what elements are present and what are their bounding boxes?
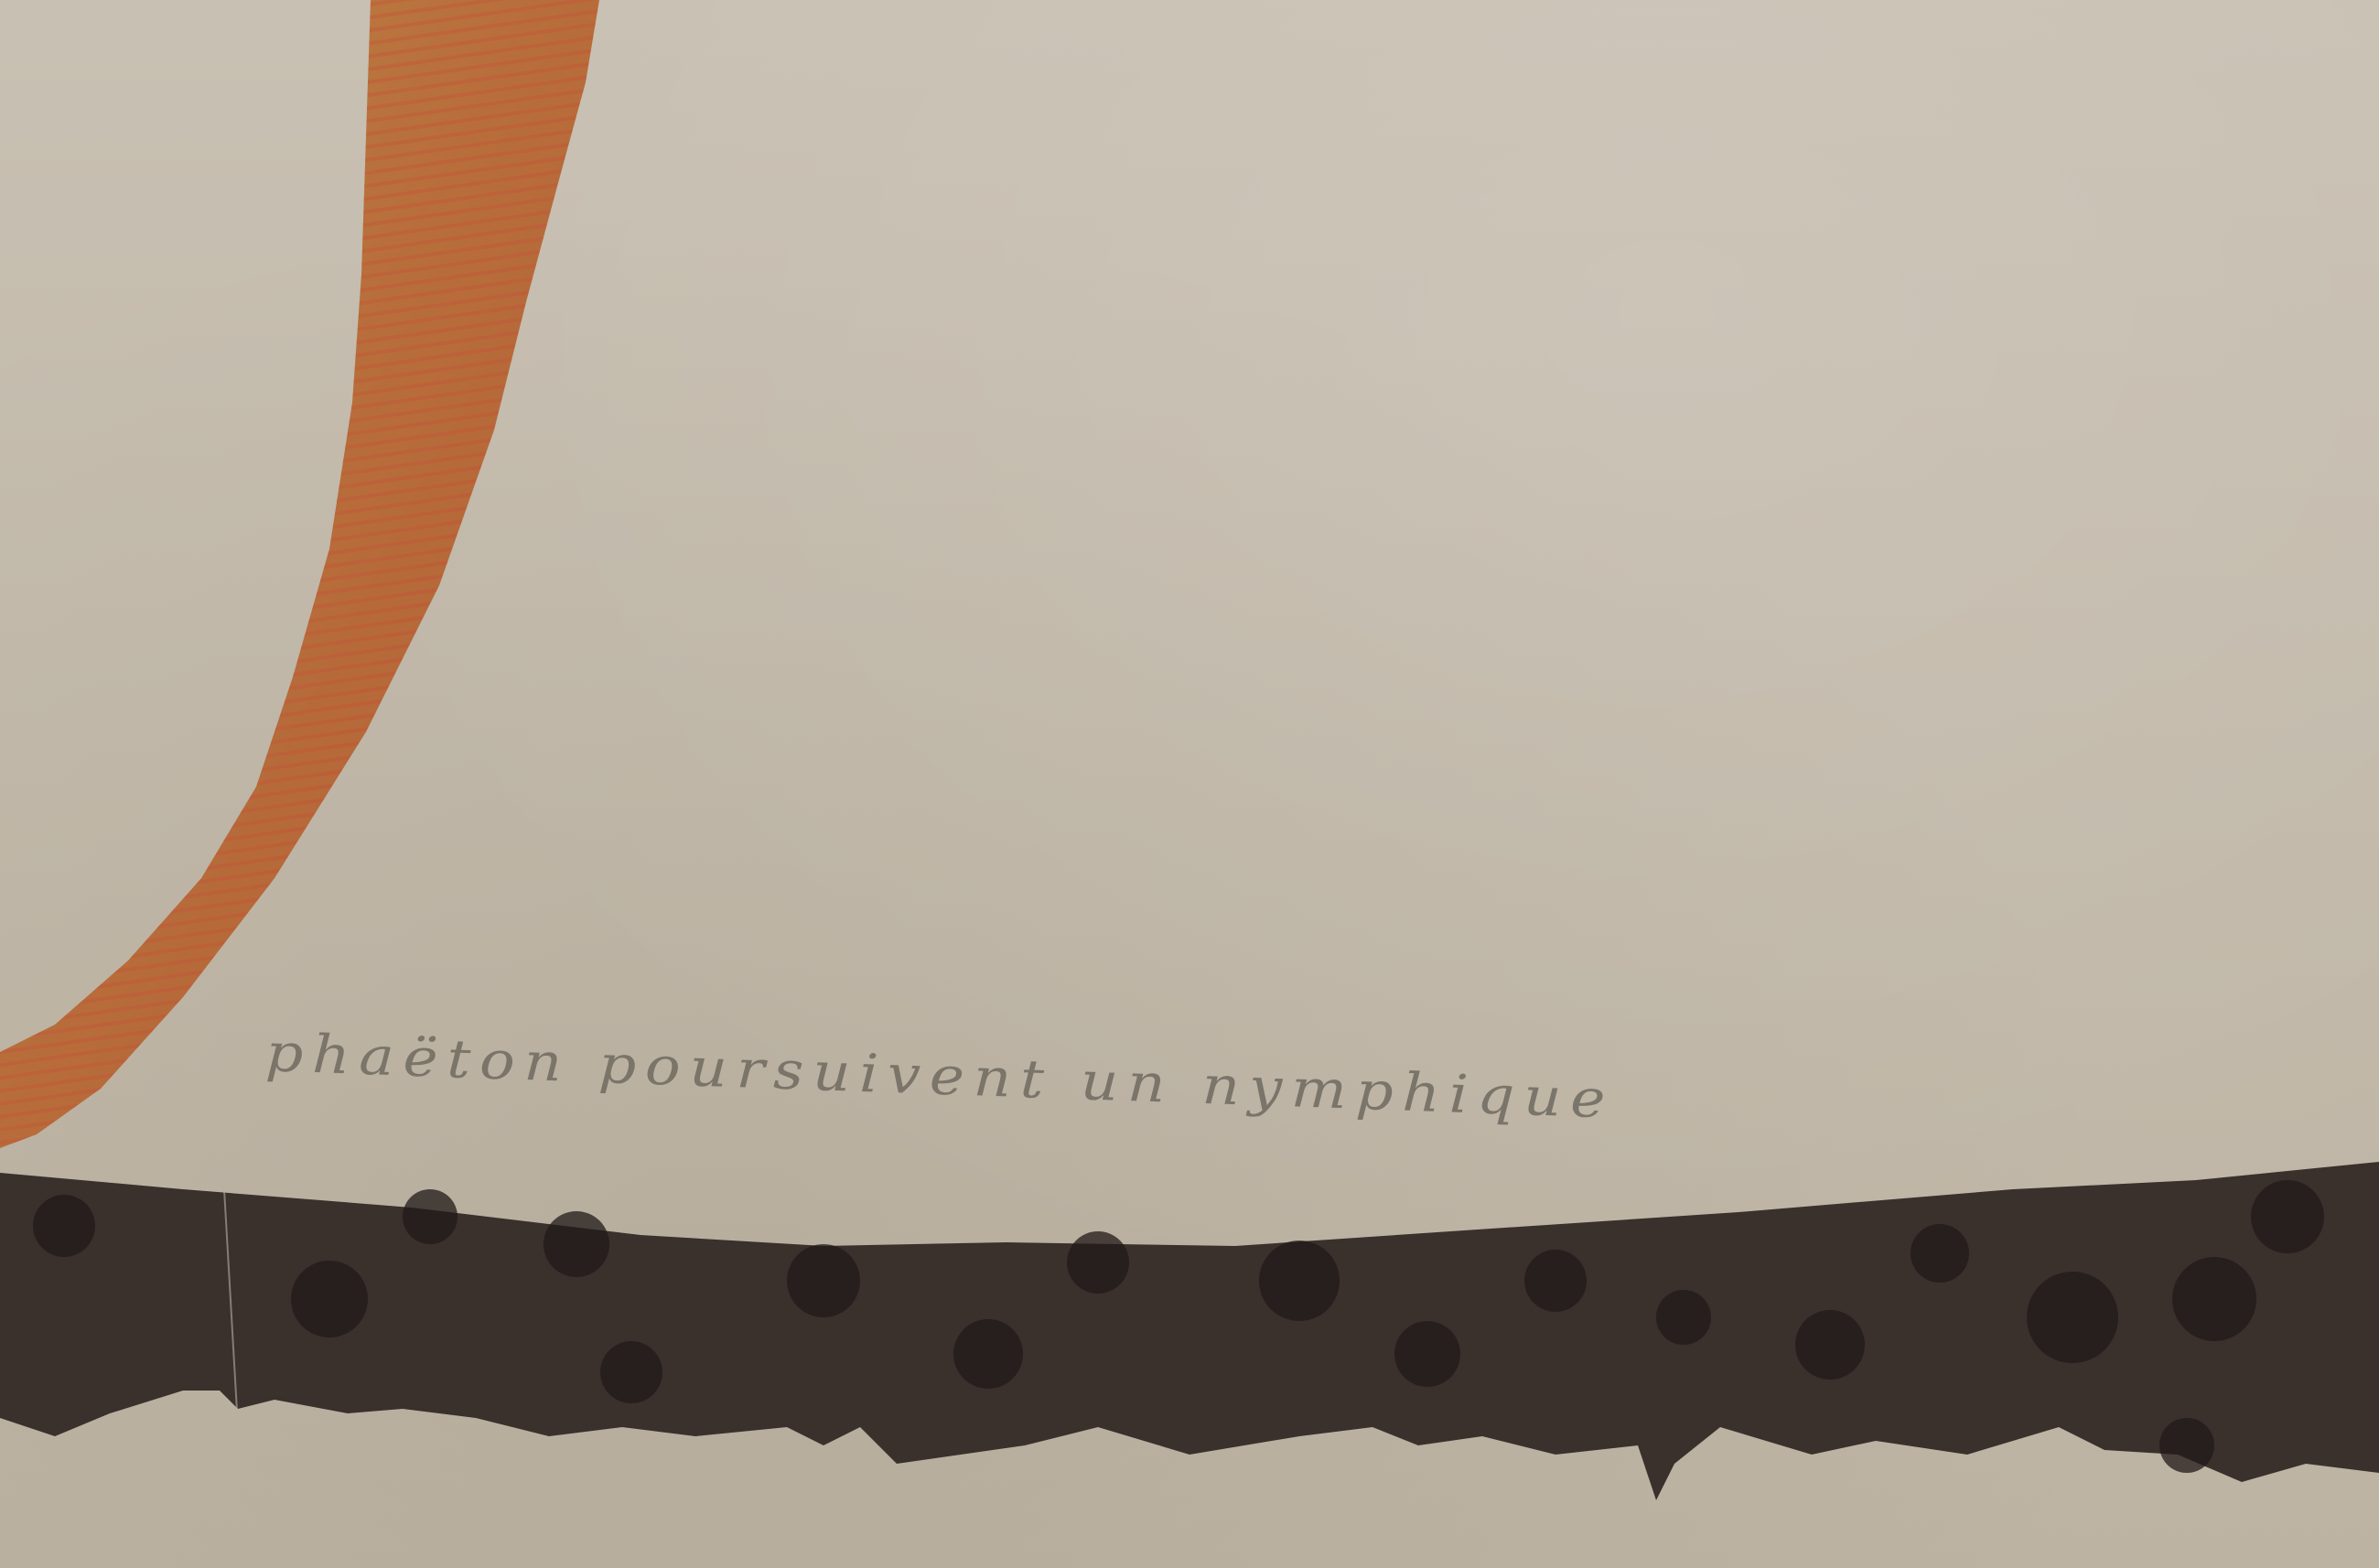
dark-dotted-band — [0, 1162, 2379, 1500]
curved-brush-stroke — [0, 0, 599, 1148]
artwork-shapes — [0, 0, 2379, 1568]
artwork-photo: phaëton poursuivent un nymphique — [0, 0, 2379, 1568]
